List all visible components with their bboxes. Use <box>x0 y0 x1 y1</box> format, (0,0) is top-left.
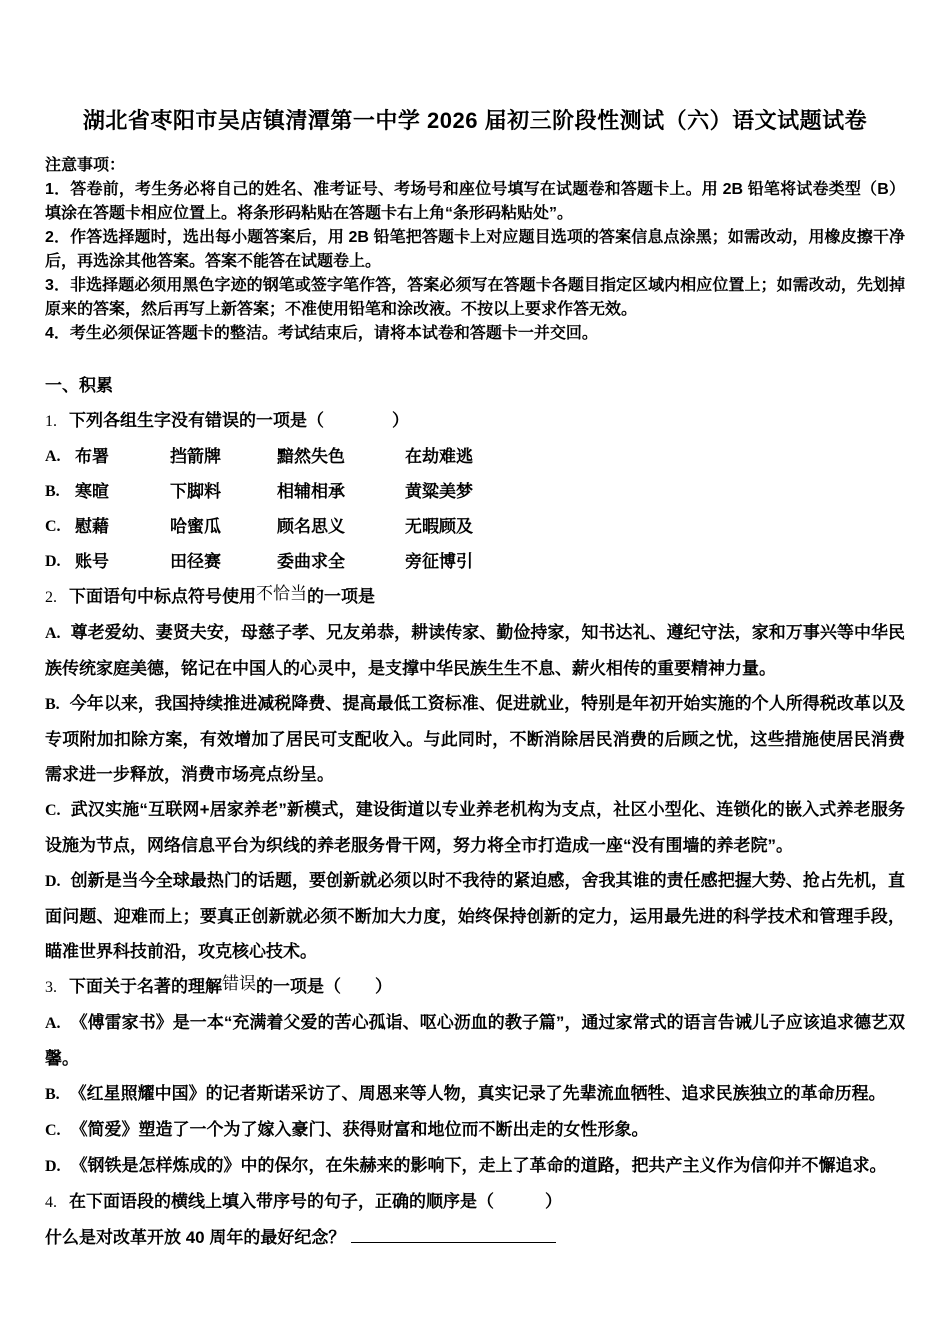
question-2-option-a: A.尊老爱幼、妻贤夫安，母慈子孝、兄友弟恭，耕读传家、勤俭持家，知书达礼、遵纪守… <box>45 615 905 686</box>
question-number: 4. <box>45 1194 57 1211</box>
option-label: A. <box>45 439 75 474</box>
page-title: 湖北省枣阳市吴店镇清潭第一中学 2026 届初三阶段性测试（六）语文试题试卷 <box>0 0 950 136</box>
option-word: 寒暄 <box>75 474 170 509</box>
passage-text: 什么是对改革开放 40 周年的最好纪念？ <box>45 1228 345 1247</box>
option-word: 黄粱美梦 <box>405 474 473 509</box>
option-word: 旁征博引 <box>405 544 473 579</box>
option-word: 慰藉 <box>75 509 170 544</box>
section-heading: 一、积累 <box>45 368 905 403</box>
option-label: D. <box>45 544 75 579</box>
answer-blank-line <box>351 1225 556 1243</box>
option-text: 今年以来，我国持续推进减税降费、提高最低工资标准、促进就业，特别是年初开始实施的… <box>45 694 905 784</box>
option-word: 下脚料 <box>170 474 277 509</box>
option-label: A. <box>45 1015 61 1032</box>
option-word: 无暇顾及 <box>405 509 473 544</box>
option-word: 布署 <box>75 439 170 474</box>
notice-item: 3．非选择题必须用黑色字迹的钢笔或签字笔作答，答案必须写在答题卡各题目指定区域内… <box>45 274 905 322</box>
questions-section: 一、积累 1.下列各组生字没有错误的一项是（ ） A. 布署 挡箭牌 黯然失色 … <box>45 368 905 1255</box>
option-label: A. <box>45 625 61 642</box>
notice-item: 4．考生必须保证答题卡的整洁。考试结束后，请将本试卷和答题卡一并交回。 <box>45 322 905 346</box>
option-label: C. <box>45 509 75 544</box>
notice-item: 1．答卷前，考生务必将自己的姓名、准考证号、考场号和座位号填写在试题卷和答题卡上… <box>45 178 905 226</box>
option-label: C. <box>45 802 61 819</box>
question-stem-text: 的一项是 <box>307 587 375 606</box>
option-label: B. <box>45 474 75 509</box>
option-text: 《钢铁是怎样炼成的》中的保尔，在朱赫来的影响下，走上了革命的道路，把共产主义作为… <box>71 1156 887 1175</box>
question-4-stem: 4.在下面语段的横线上填入带序号的句子，正确的顺序是（ ） <box>45 1184 905 1220</box>
question-stem-emphasis: 错误 <box>222 974 256 993</box>
notice-section: 注意事项： 1．答卷前，考生务必将自己的姓名、准考证号、考场号和座位号填写在试题… <box>45 154 905 346</box>
option-text: 《简爱》塑造了一个为了嫁入豪门、获得财富和地位而不断出走的女性形象。 <box>71 1120 649 1139</box>
question-stem-text: 下面关于名著的理解 <box>69 977 222 996</box>
question-1-option-b: B. 寒暄 下脚料 相辅相承 黄粱美梦 <box>45 474 905 509</box>
question-stem-text: 下面语句中标点符号使用 <box>69 587 256 606</box>
option-word: 挡箭牌 <box>170 439 277 474</box>
question-2-option-b: B.今年以来，我国持续推进减税降费、提高最低工资标准、促进就业，特别是年初开始实… <box>45 686 905 792</box>
question-stem-emphasis: 不恰当 <box>256 584 307 603</box>
question-3-option-b: B.《红星照耀中国》的记者斯诺采访了、周恩来等人物，真实记录了先辈流血牺牲、追求… <box>45 1076 905 1112</box>
option-word: 哈蜜瓜 <box>170 509 277 544</box>
notice-item: 2．作答选择题时，选出每小题答案后，用 2B 铅笔把答题卡上对应题目选项的答案信… <box>45 226 905 274</box>
option-text: 《红星照耀中国》的记者斯诺采访了、周恩来等人物，真实记录了先辈流血牺牲、追求民族… <box>70 1084 886 1103</box>
option-word: 账号 <box>75 544 170 579</box>
question-stem-text: 在下面语段的横线上填入带序号的句子，正确的顺序是（ ） <box>69 1192 562 1211</box>
question-1-stem: 1.下列各组生字没有错误的一项是（ ） <box>45 403 905 439</box>
question-2-stem: 2.下面语句中标点符号使用不恰当的一项是 <box>45 579 905 615</box>
question-stem-text: 的一项是（ ） <box>256 977 392 996</box>
option-text: 武汉实施“互联网+居家养老”新模式，建设街道以专业养老机构为支点，社区小型化、连… <box>45 800 905 855</box>
question-2-option-c: C.武汉实施“互联网+居家养老”新模式，建设街道以专业养老机构为支点，社区小型化… <box>45 792 905 863</box>
exam-document-page: 湖北省枣阳市吴店镇清潭第一中学 2026 届初三阶段性测试（六）语文试题试卷 注… <box>0 0 950 1344</box>
option-label: C. <box>45 1122 61 1139</box>
option-word: 委曲求全 <box>277 544 405 579</box>
notice-heading: 注意事项： <box>45 154 905 178</box>
option-word: 顾名思义 <box>277 509 405 544</box>
option-word: 田径赛 <box>170 544 277 579</box>
question-1-option-d: D. 账号 田径赛 委曲求全 旁征博引 <box>45 544 905 579</box>
question-1-option-c: C. 慰藉 哈蜜瓜 顾名思义 无暇顾及 <box>45 509 905 544</box>
question-3-option-d: D.《钢铁是怎样炼成的》中的保尔，在朱赫来的影响下，走上了革命的道路，把共产主义… <box>45 1148 905 1184</box>
option-word: 黯然失色 <box>277 439 405 474</box>
option-text: 创新是当今全球最热门的话题，要创新就必须以时不我待的紧迫感，舍我其谁的责任感把握… <box>45 871 905 961</box>
option-text: 《傅雷家书》是一本“充满着父爱的苦心孤诣、呕心沥血的教子篇”，通过家常式的语言告… <box>45 1013 905 1068</box>
option-label: D. <box>45 873 61 890</box>
question-number: 2. <box>45 589 57 606</box>
question-4-passage: 什么是对改革开放 40 周年的最好纪念？ <box>45 1220 905 1255</box>
option-text: 尊老爱幼、妻贤夫安，母慈子孝、兄友弟恭，耕读传家、勤俭持家，知书达礼、遵纪守法，… <box>45 623 905 678</box>
option-word: 在劫难逃 <box>405 439 473 474</box>
question-number: 1. <box>45 413 57 430</box>
option-label: B. <box>45 1086 60 1103</box>
question-3-stem: 3.下面关于名著的理解错误的一项是（ ） <box>45 969 905 1005</box>
question-number: 3. <box>45 979 57 996</box>
question-2-option-d: D.创新是当今全球最热门的话题，要创新就必须以时不我待的紧迫感，舍我其谁的责任感… <box>45 863 905 969</box>
option-word: 相辅相承 <box>277 474 405 509</box>
option-label: B. <box>45 696 60 713</box>
question-3-option-a: A.《傅雷家书》是一本“充满着父爱的苦心孤诣、呕心沥血的教子篇”，通过家常式的语… <box>45 1005 905 1076</box>
question-3-option-c: C.《简爱》塑造了一个为了嫁入豪门、获得财富和地位而不断出走的女性形象。 <box>45 1112 905 1148</box>
question-stem-text: 下列各组生字没有错误的一项是（ ） <box>69 411 409 430</box>
option-label: D. <box>45 1158 61 1175</box>
question-1-option-a: A. 布署 挡箭牌 黯然失色 在劫难逃 <box>45 439 905 474</box>
